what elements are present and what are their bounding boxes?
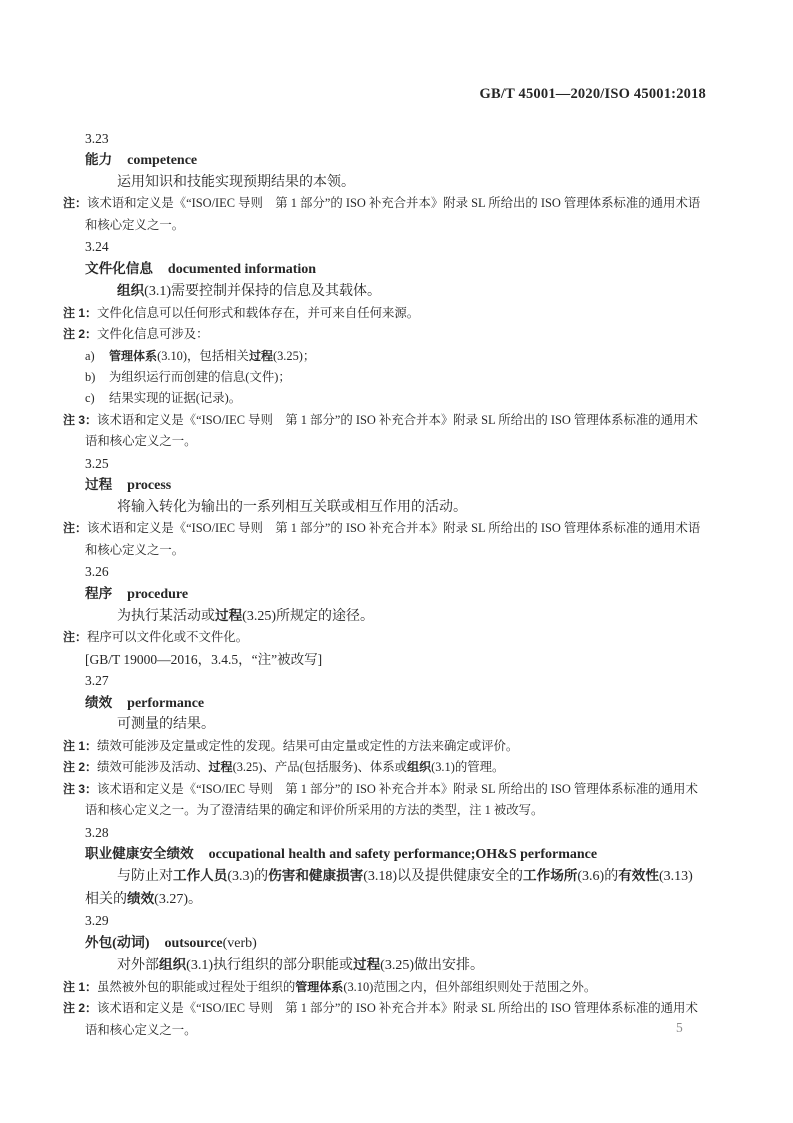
note: 注 1：绩效可能涉及定量或定性的发现。结果可由定量或定性的方法来确定或评价。 xyxy=(85,736,706,757)
term-english: performance xyxy=(127,696,204,711)
term-section: 3.26程序procedure为执行某活动或过程(3.25)所规定的途径。注：程… xyxy=(85,561,706,670)
text-run: 组织 xyxy=(159,957,186,972)
list-item: c)结果实现的证据(记录)。 xyxy=(85,388,706,409)
note: 注 2：文件化信息可涉及： xyxy=(85,324,706,345)
list-marker: a) xyxy=(85,346,109,367)
term-section: 3.28职业健康安全绩效occupational health and safe… xyxy=(85,822,706,911)
text-run: 虽然被外包的职能或过程处于组织的 xyxy=(97,980,295,994)
section-number: 3.23 xyxy=(85,128,706,149)
text-run: 绩效可能涉及定量或定性的发现。结果可由定量或定性的方法来确定或评价。 xyxy=(97,739,518,753)
text-run: 过程 xyxy=(85,477,112,492)
text-run: (3.3)的 xyxy=(227,869,268,884)
text-run: 能力 xyxy=(85,152,112,167)
term-line: 能力competence xyxy=(85,149,706,171)
text-run: (3.1)执行组织的部分职能或 xyxy=(186,958,353,973)
term-chinese: 职业健康安全绩效 xyxy=(85,847,194,862)
section-number: 3.27 xyxy=(85,670,706,691)
text-run: 绩效可能涉及活动、 xyxy=(97,760,209,774)
definition: 为执行某活动或过程(3.25)所规定的途径。 xyxy=(85,605,706,627)
note-label: 注 1： xyxy=(63,739,97,753)
text-run: 该术语和定义是《“ISO/IEC 导则 第 1 部分”的 ISO 补充合并本》附… xyxy=(85,413,698,448)
term-english: competence xyxy=(127,153,197,168)
text-run: 组织 xyxy=(407,760,431,774)
term-section: 3.24文件化信息documented information组织(3.1)需要… xyxy=(85,236,706,453)
text-run: (3.25)所规定的途径。 xyxy=(242,609,374,624)
section-number: 3.25 xyxy=(85,453,706,474)
note-label: 注： xyxy=(63,196,87,210)
page-container: GB/T 45001—2020/ISO 45001:2018 3.23能力com… xyxy=(0,0,793,1123)
text-run: (verb) xyxy=(223,936,257,951)
definition: 组织(3.1)需要控制并保持的信息及其载体。 xyxy=(85,280,706,302)
text-run: 文件化信息 xyxy=(85,261,153,276)
text-run: 伤害和健康损害 xyxy=(268,868,363,883)
page-number: 5 xyxy=(676,1020,683,1036)
text-run: 结果实现的证据(记录)。 xyxy=(109,391,241,405)
note-label: 注 2： xyxy=(63,760,97,774)
term-english: procedure xyxy=(127,587,188,602)
list-item: b)为组织运行而创建的信息(文件)； xyxy=(85,367,706,388)
text-run: (3.1)需要控制并保持的信息及其载体。 xyxy=(144,284,381,299)
list-marker: b) xyxy=(85,367,109,388)
section-number: 3.28 xyxy=(85,822,706,843)
term-english: documented information xyxy=(168,262,316,277)
text-run: competence xyxy=(127,153,197,168)
term-section: 3.23能力competence运用知识和技能实现预期结果的本领。注：该术语和定… xyxy=(85,128,706,236)
note: 注 2：绩效可能涉及活动、过程(3.25)、产品(包括服务)、体系或组织(3.1… xyxy=(85,757,706,778)
text-run: 程序可以文件化或不文件化。 xyxy=(87,630,248,644)
text-run: (3.6)的 xyxy=(577,869,618,884)
term-section: 3.27绩效performance可测量的结果。注 1：绩效可能涉及定量或定性的… xyxy=(85,670,706,821)
section-number: 3.26 xyxy=(85,561,706,582)
definition: 与防止对工作人员(3.3)的伤害和健康损害(3.18)以及提供健康安全的工作场所… xyxy=(85,865,706,910)
text-run: 外包 xyxy=(85,935,112,950)
note-label: 注 3： xyxy=(63,413,97,427)
text-run: procedure xyxy=(127,587,188,602)
text-run: 该术语和定义是《“ISO/IEC 导则 第 1 部分”的 ISO 补充合并本》附… xyxy=(85,521,700,556)
text-run: 绩效 xyxy=(85,695,112,710)
text-run: process xyxy=(127,478,171,493)
note: 注 3：该术语和定义是《“ISO/IEC 导则 第 1 部分”的 ISO 补充合… xyxy=(85,779,706,822)
note-label: 注 2： xyxy=(63,1001,97,1015)
text-run: (3.27)。 xyxy=(154,892,202,907)
term-chinese: 文件化信息 xyxy=(85,262,153,277)
text-run: 过程 xyxy=(215,608,242,623)
text-run: 该术语和定义是《“ISO/IEC 导则 第 1 部分”的 ISO 补充合并本》附… xyxy=(85,782,698,817)
text-run: performance xyxy=(127,696,204,711)
term-chinese: 能力 xyxy=(85,153,112,168)
term-line: 绩效performance xyxy=(85,692,706,714)
text-run: 管理体系 xyxy=(109,349,157,363)
term-english: outsource(verb) xyxy=(165,936,257,951)
note-label: 注： xyxy=(63,521,87,535)
text-run: 将输入转化为输出的一系列相互关联或相互作用的活动。 xyxy=(117,500,467,515)
term-chinese: 程序 xyxy=(85,587,112,602)
text-run: 职业健康安全绩效 xyxy=(85,846,194,861)
note: 注 1：文件化信息可以任何形式和载体存在，并可来自任何来源。 xyxy=(85,303,706,324)
text-run: (3.10)，包括相关 xyxy=(157,349,249,363)
term-line: 过程process xyxy=(85,474,706,496)
text-run: 可测量的结果。 xyxy=(117,717,215,732)
text-run: (3.18)以及提供健康安全的 xyxy=(363,869,523,884)
text-run: [GB/T 19000—2016，3.4.5，“注”被改写] xyxy=(85,652,322,667)
text-run: 管理体系 xyxy=(295,980,343,994)
terms-and-definitions-content: 3.23能力competence运用知识和技能实现预期结果的本领。注：该术语和定… xyxy=(85,128,706,1041)
term-line: 外包(动词)outsource(verb) xyxy=(85,932,706,954)
definition: 可测量的结果。 xyxy=(85,714,706,735)
source-reference: [GB/T 19000—2016，3.4.5，“注”被改写] xyxy=(85,649,706,670)
text-run: (3.25)； xyxy=(273,349,315,363)
section-number: 3.29 xyxy=(85,910,706,931)
text-run: 工作场所 xyxy=(523,868,577,883)
term-line: 职业健康安全绩效occupational health and safety p… xyxy=(85,843,706,865)
text-run: 过程 xyxy=(353,957,380,972)
text-run: (3.1)的管理。 xyxy=(431,760,504,774)
text-run: 绩效 xyxy=(127,891,154,906)
note: 注 3：该术语和定义是《“ISO/IEC 导则 第 1 部分”的 ISO 补充合… xyxy=(85,410,706,453)
note: 注 1：虽然被外包的职能或过程处于组织的管理体系(3.10)范围之内，但外部组织… xyxy=(85,977,706,998)
text-run: 为组织运行而创建的信息(文件)； xyxy=(109,370,291,384)
text-run: (动词) xyxy=(112,936,149,951)
section-number: 3.24 xyxy=(85,236,706,257)
text-run: 文件化信息可涉及： xyxy=(97,327,209,341)
text-run: 与防止对 xyxy=(117,869,173,884)
text-run: 对外部 xyxy=(117,958,159,973)
term-line: 程序procedure xyxy=(85,583,706,605)
term-chinese: 绩效 xyxy=(85,696,112,711)
term-section: 3.25过程process将输入转化为输出的一系列相互关联或相互作用的活动。注：… xyxy=(85,453,706,561)
text-run: 文件化信息可以任何形式和载体存在，并可来自任何来源。 xyxy=(97,306,419,320)
note-label: 注 1： xyxy=(63,306,97,320)
text-run: 组织 xyxy=(117,283,144,298)
text-run: 该术语和定义是《“ISO/IEC 导则 第 1 部分”的 ISO 补充合并本》附… xyxy=(85,1001,698,1036)
definition: 运用知识和技能实现预期结果的本领。 xyxy=(85,172,706,193)
term-english: occupational health and safety performan… xyxy=(209,847,597,862)
term-english: process xyxy=(127,478,171,493)
text-run: (3.25)做出安排。 xyxy=(380,958,484,973)
note-label: 注： xyxy=(63,630,87,644)
text-run: 过程 xyxy=(249,349,273,363)
note-label: 注 2： xyxy=(63,327,97,341)
text-run: 有效性 xyxy=(618,868,659,883)
text-run: 运用知识和技能实现预期结果的本领。 xyxy=(117,175,355,190)
term-chinese: 外包(动词) xyxy=(85,936,150,951)
text-run: 程序 xyxy=(85,586,112,601)
term-chinese: 过程 xyxy=(85,478,112,493)
text-run: outsource xyxy=(165,936,223,951)
text-run: (3.10)范围之内，但外部组织则处于范围之外。 xyxy=(343,980,596,994)
text-run: 工作人员 xyxy=(173,868,227,883)
note-label: 注 1： xyxy=(63,980,97,994)
text-run: 为执行某活动或 xyxy=(117,609,215,624)
text-run: documented information xyxy=(168,262,316,277)
definition: 将输入转化为输出的一系列相互关联或相互作用的活动。 xyxy=(85,497,706,518)
list-item: a)管理体系(3.10)，包括相关过程(3.25)； xyxy=(85,346,706,367)
text-run: (3.25)、产品(包括服务)、体系或 xyxy=(233,760,408,774)
note: 注：该术语和定义是《“ISO/IEC 导则 第 1 部分”的 ISO 补充合并本… xyxy=(85,193,706,236)
term-line: 文件化信息documented information xyxy=(85,258,706,280)
list-marker: c) xyxy=(85,388,109,409)
definition: 对外部组织(3.1)执行组织的部分职能或过程(3.25)做出安排。 xyxy=(85,954,706,976)
term-section: 3.29外包(动词)outsource(verb)对外部组织(3.1)执行组织的… xyxy=(85,910,706,1041)
page-header-standard-code: GB/T 45001—2020/ISO 45001:2018 xyxy=(85,86,706,102)
text-run: 过程 xyxy=(209,760,233,774)
text-run: 该术语和定义是《“ISO/IEC 导则 第 1 部分”的 ISO 补充合并本》附… xyxy=(85,196,700,231)
text-run: occupational health and safety performan… xyxy=(209,847,597,862)
note: 注：该术语和定义是《“ISO/IEC 导则 第 1 部分”的 ISO 补充合并本… xyxy=(85,518,706,561)
note: 注 2：该术语和定义是《“ISO/IEC 导则 第 1 部分”的 ISO 补充合… xyxy=(85,998,706,1041)
note-label: 注 3： xyxy=(63,782,97,796)
note: 注：程序可以文件化或不文件化。 xyxy=(85,627,706,648)
